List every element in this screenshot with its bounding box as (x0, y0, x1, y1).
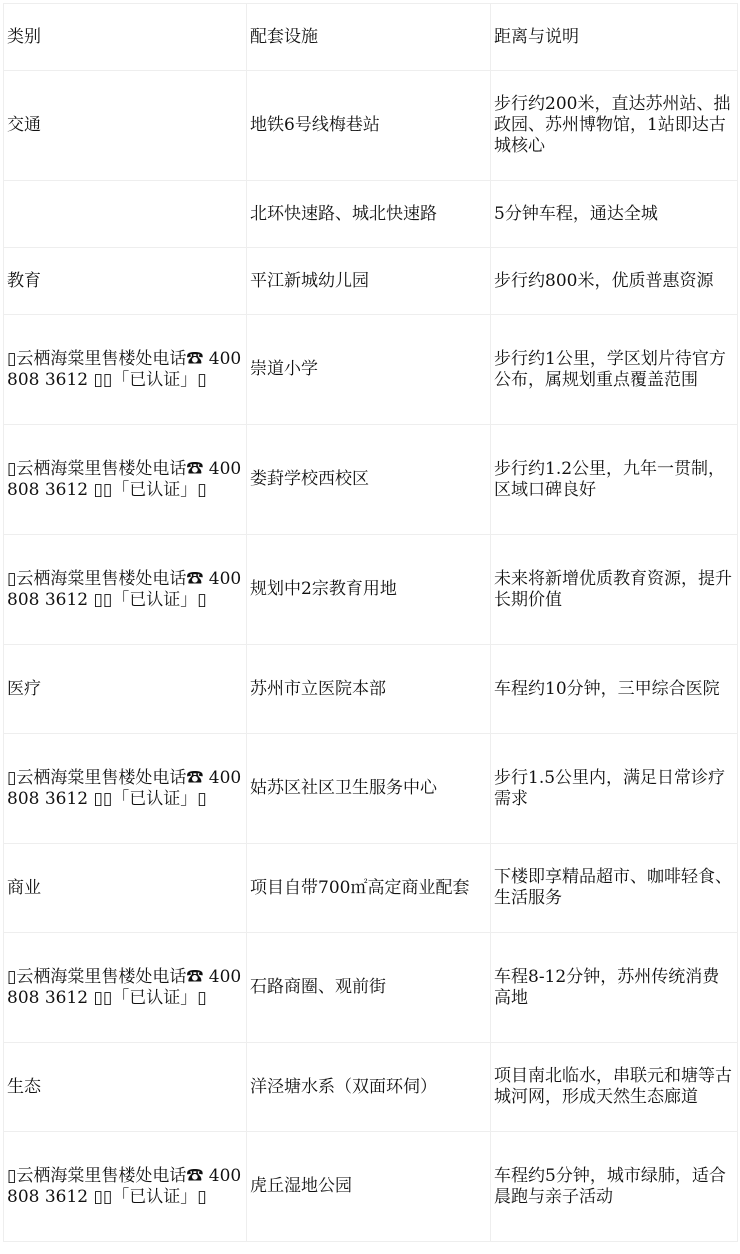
description-cell: 步行约200米，直达苏州站、拙政园、苏州博物馆，1站即达古城核心 (491, 71, 738, 181)
table-row: ▯云栖海棠里售楼处电话☎ 400 808 3612 ▯▯「已认证」▯ 娄葑学校西… (4, 425, 738, 535)
table-row: ▯云栖海棠里售楼处电话☎ 400 808 3612 ▯▯「已认证」▯ 姑苏区社区… (4, 734, 738, 844)
table-row: 教育 平江新城幼儿园 步行约800米，优质普惠资源 (4, 248, 738, 315)
facility-cell: 虎丘湿地公园 (247, 1132, 491, 1242)
description-cell: 步行约800米，优质普惠资源 (491, 248, 738, 315)
header-facility: 配套设施 (247, 4, 491, 71)
category-cell: 医疗 (4, 645, 247, 734)
table-row: ▯云栖海棠里售楼处电话☎ 400 808 3612 ▯▯「已认证」▯ 崇道小学 … (4, 315, 738, 425)
category-cell: ▯云栖海棠里售楼处电话☎ 400 808 3612 ▯▯「已认证」▯ (4, 425, 247, 535)
header-category: 类别 (4, 4, 247, 71)
table-row: ▯云栖海棠里售楼处电话☎ 400 808 3612 ▯▯「已认证」▯ 石路商圈、… (4, 933, 738, 1043)
category-cell: ▯云栖海棠里售楼处电话☎ 400 808 3612 ▯▯「已认证」▯ (4, 315, 247, 425)
facility-cell: 规划中2宗教育用地 (247, 535, 491, 645)
header-description: 距离与说明 (491, 4, 738, 71)
category-cell: ▯云栖海棠里售楼处电话☎ 400 808 3612 ▯▯「已认证」▯ (4, 535, 247, 645)
table-row: 商业 项目自带700㎡高定商业配套 下楼即享精品超市、咖啡轻食、生活服务 (4, 844, 738, 933)
description-cell: 车程约5分钟，城市绿肺，适合晨跑与亲子活动 (491, 1132, 738, 1242)
facility-cell: 地铁6号线梅巷站 (247, 71, 491, 181)
facility-cell: 北环快速路、城北快速路 (247, 181, 491, 248)
table-row: 交通 地铁6号线梅巷站 步行约200米，直达苏州站、拙政园、苏州博物馆，1站即达… (4, 71, 738, 181)
description-cell: 步行1.5公里内，满足日常诊疗需求 (491, 734, 738, 844)
description-cell: 步行约1.2公里，九年一贯制，区域口碑良好 (491, 425, 738, 535)
category-cell (4, 181, 247, 248)
facility-cell: 石路商圈、观前街 (247, 933, 491, 1043)
description-cell: 未来将新增优质教育资源，提升长期价值 (491, 535, 738, 645)
category-cell: 生态 (4, 1043, 247, 1132)
facilities-table: 类别 配套设施 距离与说明 交通 地铁6号线梅巷站 步行约200米，直达苏州站、… (3, 3, 738, 1242)
description-cell: 车程约10分钟，三甲综合医院 (491, 645, 738, 734)
facility-cell: 平江新城幼儿园 (247, 248, 491, 315)
category-cell: ▯云栖海棠里售楼处电话☎ 400 808 3612 ▯▯「已认证」▯ (4, 933, 247, 1043)
category-cell: 教育 (4, 248, 247, 315)
description-cell: 5分钟车程，通达全城 (491, 181, 738, 248)
facility-cell: 崇道小学 (247, 315, 491, 425)
category-cell: 交通 (4, 71, 247, 181)
facility-cell: 姑苏区社区卫生服务中心 (247, 734, 491, 844)
header-row: 类别 配套设施 距离与说明 (4, 4, 738, 71)
table-row: 医疗 苏州市立医院本部 车程约10分钟，三甲综合医院 (4, 645, 738, 734)
description-cell: 步行约1公里，学区划片待官方公布，属规划重点覆盖范围 (491, 315, 738, 425)
category-cell: ▯云栖海棠里售楼处电话☎ 400 808 3612 ▯▯「已认证」▯ (4, 1132, 247, 1242)
facility-cell: 项目自带700㎡高定商业配套 (247, 844, 491, 933)
category-cell: ▯云栖海棠里售楼处电话☎ 400 808 3612 ▯▯「已认证」▯ (4, 734, 247, 844)
table-row: ▯云栖海棠里售楼处电话☎ 400 808 3612 ▯▯「已认证」▯ 虎丘湿地公… (4, 1132, 738, 1242)
facility-cell: 洋泾塘水系（双面环伺） (247, 1043, 491, 1132)
description-cell: 项目南北临水，串联元和塘等古城河网，形成天然生态廊道 (491, 1043, 738, 1132)
table-row: 生态 洋泾塘水系（双面环伺） 项目南北临水，串联元和塘等古城河网，形成天然生态廊… (4, 1043, 738, 1132)
facility-cell: 娄葑学校西校区 (247, 425, 491, 535)
description-cell: 车程8-12分钟，苏州传统消费高地 (491, 933, 738, 1043)
facility-cell: 苏州市立医院本部 (247, 645, 491, 734)
description-cell: 下楼即享精品超市、咖啡轻食、生活服务 (491, 844, 738, 933)
category-cell: 商业 (4, 844, 247, 933)
table-row: 北环快速路、城北快速路 5分钟车程，通达全城 (4, 181, 738, 248)
table-row: ▯云栖海棠里售楼处电话☎ 400 808 3612 ▯▯「已认证」▯ 规划中2宗… (4, 535, 738, 645)
